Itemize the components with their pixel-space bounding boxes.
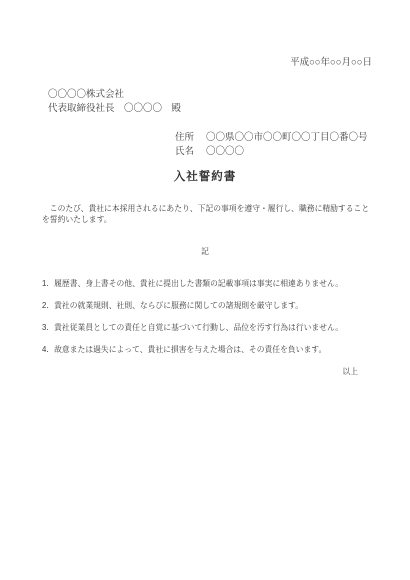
list-heading: 記 [0,246,410,257]
sender-name-label: 氏名 [175,145,195,159]
recipient-addressee: 代表取締役社長 〇〇〇〇 殿 [48,102,181,116]
closing-word: 以上 [342,366,358,377]
pledge-items: 1．履歴書、身上書その他、貴社に提出した書類の記載事項は事実に相違ありません。 … [42,278,370,366]
sender-address-value: 〇〇県〇〇市〇〇町〇〇丁目〇番〇号 [206,131,368,145]
pledge-item-3: 3．貴社従業員としての責任と自覚に基づいて行動し、品位を汚す行為は行いません。 [42,322,370,333]
pledge-item-2: 2．貴社の就業規則、社則、ならびに服務に関しての諸規則を厳守します。 [42,300,370,311]
document-page: 平成○○年○○月○○日 〇〇〇〇株式会社 代表取締役社長 〇〇〇〇 殿 住所 〇… [0,0,410,580]
body-paragraph: このたび、貴社に本採用されるにあたり、下記の事項を遵守・履行し、職務に精励するこ… [42,203,370,225]
sender-name-row: 氏名 〇〇〇〇 [175,145,368,159]
sender-name-value: 〇〇〇〇 [206,145,244,159]
recipient-company: 〇〇〇〇株式会社 [48,88,181,102]
recipient-block: 〇〇〇〇株式会社 代表取締役社長 〇〇〇〇 殿 [48,88,181,115]
pledge-item-4: 4．故意または過失によって、貴社に損害を与えた場合は、その責任を負います。 [42,344,370,355]
sender-block: 住所 〇〇県〇〇市〇〇町〇〇丁目〇番〇号 氏名 〇〇〇〇 [175,131,368,158]
sender-address-row: 住所 〇〇県〇〇市〇〇町〇〇丁目〇番〇号 [175,131,368,145]
sender-address-label: 住所 [175,131,195,145]
date-line: 平成○○年○○月○○日 [0,57,372,69]
pledge-item-1: 1．履歴書、身上書その他、貴社に提出した書類の記載事項は事実に相違ありません。 [42,278,370,289]
document-title: 入社誓約書 [0,168,410,184]
